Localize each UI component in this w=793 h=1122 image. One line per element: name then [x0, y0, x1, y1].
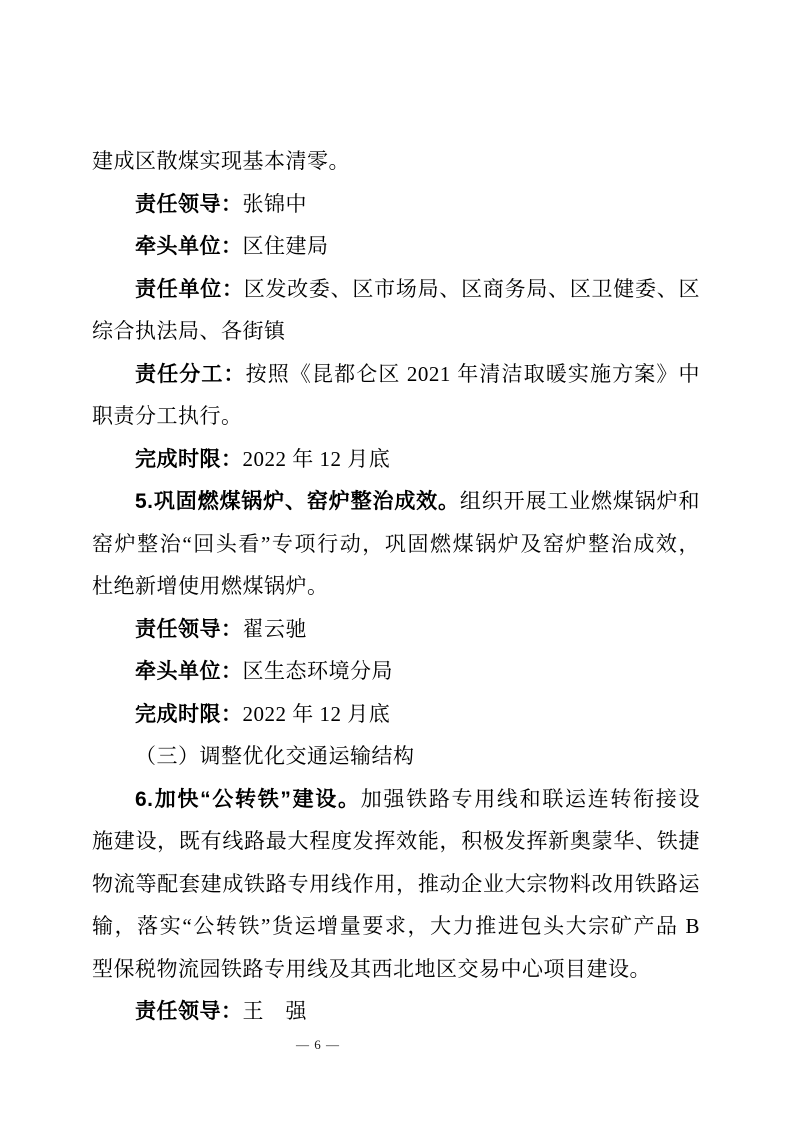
- section-heading: （三）调整优化交通运输结构: [92, 735, 700, 778]
- field-value: 区生态环境分局: [243, 659, 394, 683]
- text-line: 杜绝新增使用燃煤锅炉。: [92, 565, 700, 608]
- body-text: 建成区散煤实现基本清零。: [92, 149, 350, 173]
- page-number: — 6 —: [296, 1035, 356, 1055]
- text-line: 完成时限：2022 年 12 月底: [92, 693, 700, 736]
- text-line: 5.巩固燃煤锅炉、窑炉整治成效。组织开展工业燃煤锅炉和: [92, 480, 700, 523]
- field-label: 完成时限：: [135, 448, 243, 471]
- field-value: 按照《昆都仑区 2021 年清洁取暖实施方案》中: [246, 362, 700, 386]
- field-value: 翟云驰: [243, 617, 308, 641]
- body-text: 综合执法局、各街镇: [92, 319, 286, 343]
- field-value: 张锦中: [243, 192, 308, 216]
- body-text: 职责分工执行。: [92, 404, 243, 428]
- field-value: 2022 年 12 月底: [243, 702, 391, 726]
- document-body: 建成区散煤实现基本清零。 责任领导：张锦中 牵头单位：区住建局 责任单位：区发改…: [92, 140, 700, 1033]
- body-text: （三）调整优化交通运输结构: [135, 744, 415, 768]
- text-line: 建成区散煤实现基本清零。: [92, 140, 700, 183]
- text-line: 综合执法局、各街镇: [92, 310, 700, 353]
- field-value: 区住建局: [243, 234, 329, 258]
- text-line: 牵头单位：区生态环境分局: [92, 650, 700, 693]
- text-line: 责任领导：王 强: [92, 990, 700, 1033]
- text-line: 输，落实“公转铁”货运增量要求，大力推进包头大宗矿产品 B: [92, 905, 700, 948]
- body-text: 组织开展工业燃煤锅炉和: [460, 489, 700, 513]
- field-label: 责任领导：: [135, 618, 243, 641]
- numbered-item-title: 5.巩固燃煤锅炉、窑炉整治成效。: [135, 490, 460, 513]
- body-text: 物流等配套建成铁路专用线作用，推动企业大宗物料改用铁路运: [92, 872, 700, 896]
- field-label: 责任分工：: [135, 363, 246, 386]
- field-label: 牵头单位：: [135, 235, 243, 258]
- field-label: 责任单位：: [135, 278, 244, 301]
- body-text: 施建设，既有线路最大程度发挥效能，积极发挥新奥蒙华、铁捷: [92, 829, 700, 853]
- text-line: 责任分工：按照《昆都仑区 2021 年清洁取暖实施方案》中: [92, 353, 700, 396]
- field-value: 区发改委、区市场局、区商务局、区卫健委、区: [244, 277, 700, 301]
- text-line: 物流等配套建成铁路专用线作用，推动企业大宗物料改用铁路运: [92, 863, 700, 906]
- document-page: 建成区散煤实现基本清零。 责任领导：张锦中 牵头单位：区住建局 责任单位：区发改…: [0, 0, 793, 1122]
- text-line: 型保税物流园铁路专用线及其西北地区交易中心项目建设。: [92, 948, 700, 991]
- field-label: 完成时限：: [135, 703, 243, 726]
- field-label: 责任领导：: [135, 193, 243, 216]
- field-value: 王 强: [243, 999, 308, 1023]
- text-line: 6.加快“公转铁”建设。加强铁路专用线和联运连转衔接设: [92, 778, 700, 821]
- field-label: 责任领导：: [135, 1000, 243, 1023]
- text-line: 责任单位：区发改委、区市场局、区商务局、区卫健委、区: [92, 268, 700, 311]
- text-line: 施建设，既有线路最大程度发挥效能，积极发挥新奥蒙华、铁捷: [92, 820, 700, 863]
- body-text: 窑炉整治“回头看”专项行动，巩固燃煤锅炉及窑炉整治成效，: [92, 532, 700, 556]
- field-value: 2022 年 12 月底: [243, 447, 391, 471]
- body-text: 型保税物流园铁路专用线及其西北地区交易中心项目建设。: [92, 957, 651, 981]
- body-text: 杜绝新增使用燃煤锅炉。: [92, 574, 329, 598]
- numbered-item-title: 6.加快“公转铁”建设。: [135, 788, 361, 811]
- text-line: 完成时限：2022 年 12 月底: [92, 438, 700, 481]
- text-line: 牵头单位：区住建局: [92, 225, 700, 268]
- text-line: 责任领导：翟云驰: [92, 608, 700, 651]
- body-text: 加强铁路专用线和联运连转衔接设: [361, 787, 700, 811]
- text-line: 职责分工执行。: [92, 395, 700, 438]
- body-text: 输，落实“公转铁”货运增量要求，大力推进包头大宗矿产品 B: [92, 914, 700, 938]
- text-line: 责任领导：张锦中: [92, 183, 700, 226]
- text-line: 窑炉整治“回头看”专项行动，巩固燃煤锅炉及窑炉整治成效，: [92, 523, 700, 566]
- field-label: 牵头单位：: [135, 660, 243, 683]
